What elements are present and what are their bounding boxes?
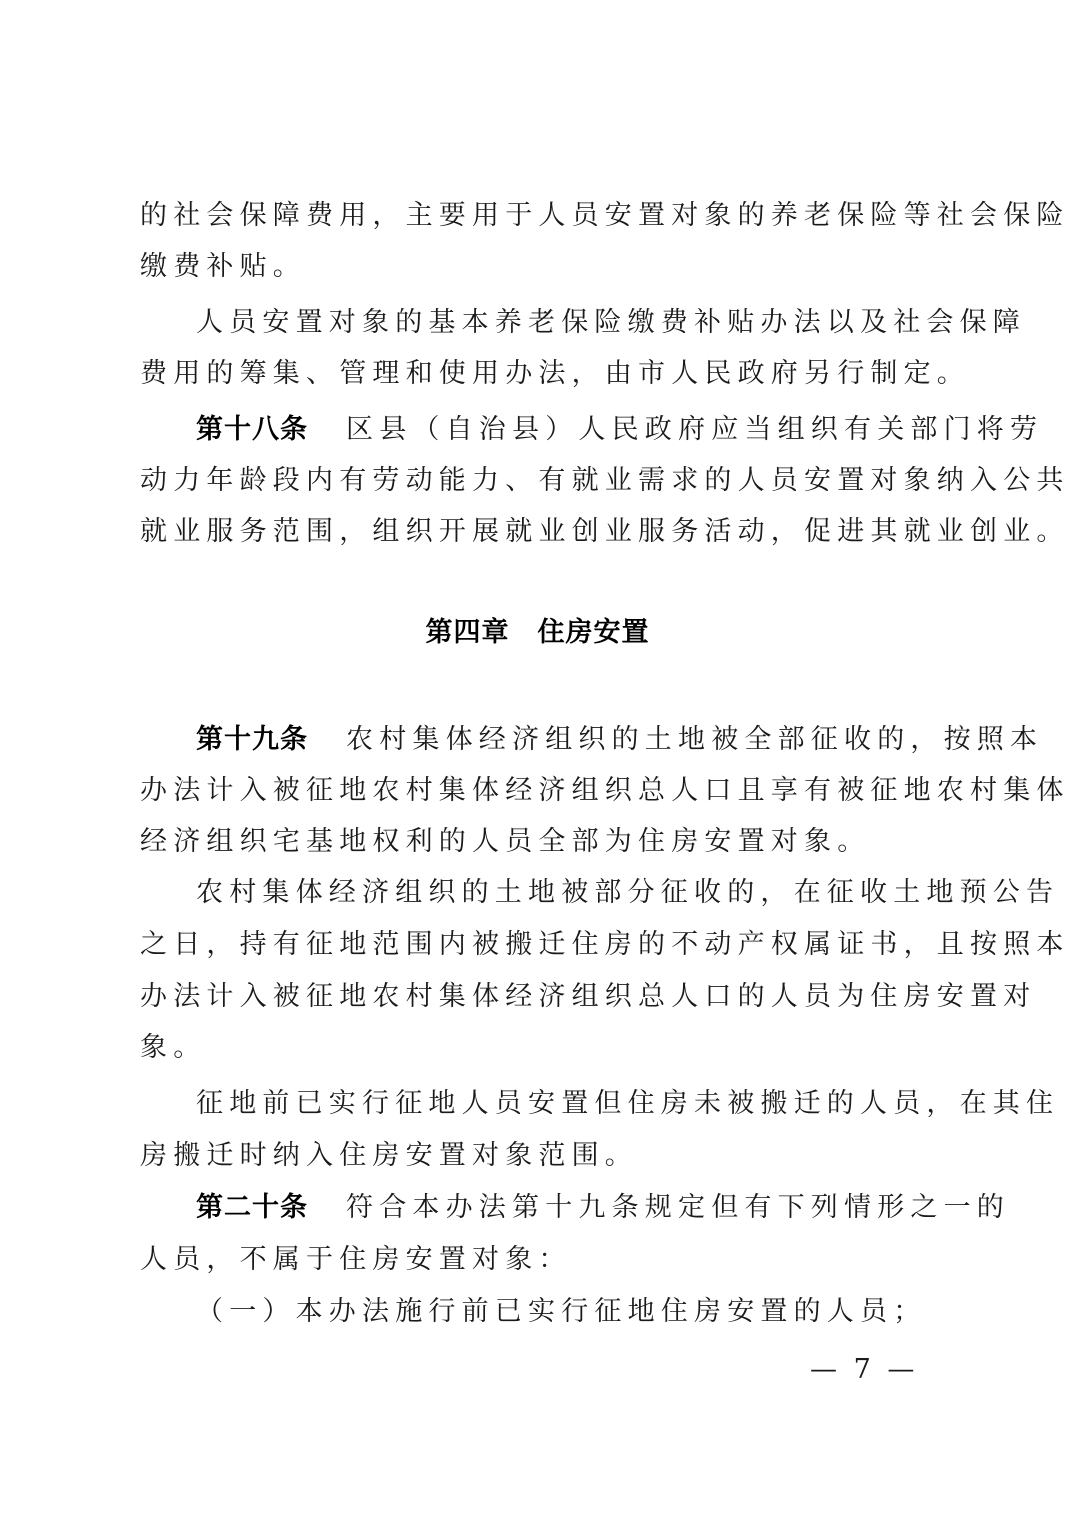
article-19-label: 第十九条 [196, 724, 308, 755]
paragraph-line: 办法计入被征地农村集体经济组织总人口的人员为住房安置对 [140, 977, 940, 1017]
paragraph-line: 之日，持有征地范围内被搬迁住房的不动产权属证书，且按照本 [140, 925, 940, 965]
paragraph-line: 征地前已实行征地人员安置但住房未被搬迁的人员，在其住 [196, 1084, 996, 1124]
chapter-title: 住房安置 [538, 617, 650, 648]
paragraph-line: 缴费补贴。 [140, 247, 940, 287]
paragraph-line: 人员，不属于住房安置对象： [140, 1240, 940, 1280]
paragraph-line: 象。 [140, 1028, 940, 1068]
paragraph-line: 就业服务范围，组织开展就业创业服务活动，促进其就业创业。 [140, 512, 940, 552]
paragraph-line: 动力年龄段内有劳动能力、有就业需求的人员安置对象纳入公共 [140, 461, 940, 501]
paragraph-line: 经济组织宅基地权利的人员全部为住房安置对象。 [140, 822, 940, 862]
paragraph-line: 房搬迁时纳入住房安置对象范围。 [140, 1136, 940, 1176]
paragraph-line: 费用的筹集、管理和使用办法，由市人民政府另行制定。 [140, 354, 940, 394]
paragraph-line: 的社会保障费用，主要用于人员安置对象的养老保险等社会保险 [140, 196, 940, 236]
chapter-number: 第四章 [426, 617, 510, 648]
article-18-label: 第十八条 [196, 414, 308, 445]
article-19-text: 农村集体经济组织的土地被全部征收的，按照本 [346, 724, 1043, 755]
page-number: — 7 — [810, 1352, 918, 1388]
paragraph-line: 农村集体经济组织的土地被部分征收的，在征收土地预公告 [196, 873, 996, 913]
chapter-heading: 第四章住房安置 [0, 613, 1075, 653]
paragraph-line: 办法计入被征地农村集体经济组织总人口且享有被征地农村集体 [140, 771, 940, 811]
article-19-line: 第十九条农村集体经济组织的土地被全部征收的，按照本 [196, 720, 996, 760]
article-18-line: 第十八条区县（自治县）人民政府应当组织有关部门将劳 [196, 410, 996, 450]
paragraph-line: 人员安置对象的基本养老保险缴费补贴办法以及社会保障 [196, 303, 996, 343]
article-20-line: 第二十条符合本办法第十九条规定但有下列情形之一的 [196, 1188, 996, 1228]
list-item: （一）本办法施行前已实行征地住房安置的人员； [196, 1292, 996, 1332]
article-20-label: 第二十条 [196, 1192, 308, 1223]
article-18-text: 区县（自治县）人民政府应当组织有关部门将劳 [346, 414, 1043, 445]
article-20-text: 符合本办法第十九条规定但有下列情形之一的 [346, 1192, 1010, 1223]
